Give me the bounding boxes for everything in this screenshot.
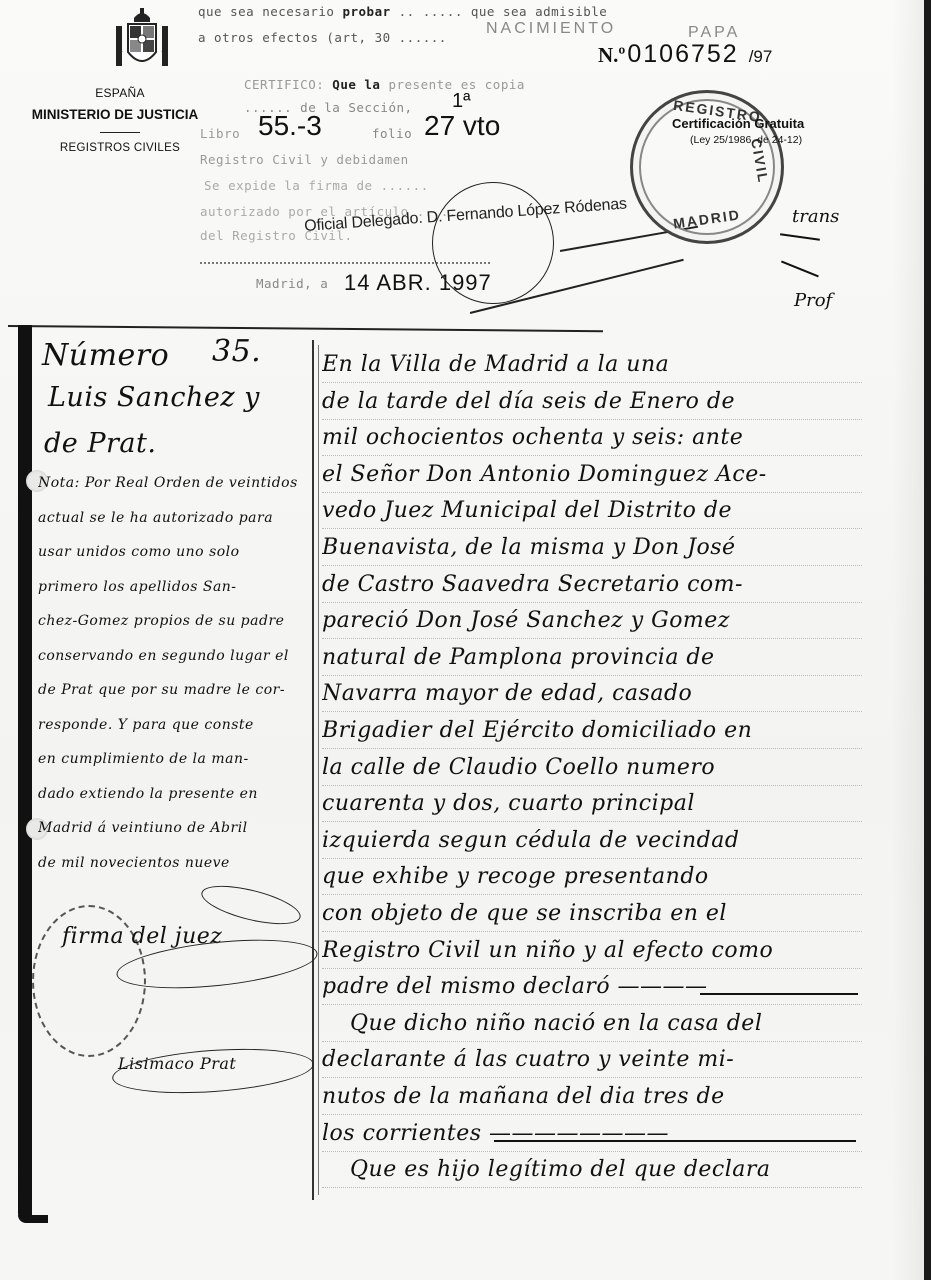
ruled-line <box>322 382 862 383</box>
typed-madrid-a: Madrid, a <box>256 276 328 291</box>
body-text-line: Buenavista, de la misma y Don José <box>322 535 882 560</box>
body-text-line: vedo Juez Municipal del Distrito de <box>322 498 882 523</box>
handwritten-note-nacimiento: NACIMIENTO <box>486 20 616 38</box>
body-text-line: nutos de la mañana del dia tres de <box>322 1084 882 1109</box>
body-text-line: Brigadier del Ejército domiciliado en <box>322 718 882 743</box>
free-certification-label: Certificación Gratuita (Ley 25/1986, de … <box>672 116 804 146</box>
body-text-line: pareció Don José Sanchez y Gomez <box>322 608 882 633</box>
typed-registro: Registro Civil y debidamen <box>200 152 409 167</box>
department-name: REGISTROS CIVILES <box>40 142 200 154</box>
margin-note-line: actual se le ha autorizado para <box>38 510 308 526</box>
registry-civil-madrid-stamp: REGISTRO CIVIL MADRID <box>630 90 784 244</box>
typed-firma: Se expide la firma de ...... <box>204 178 429 193</box>
ruled-line <box>322 602 862 603</box>
margin-note-line: primero los apellidos San- <box>38 579 308 595</box>
margin-note-line: dado extiendo la presente en <box>38 786 308 802</box>
book-binding-corner <box>18 1215 48 1223</box>
ruled-line <box>322 748 862 749</box>
book-binding-edge <box>18 325 32 1223</box>
margin-note-line: en cumplimiento de la man- <box>38 751 308 767</box>
ruled-line <box>322 931 862 932</box>
body-text-line: con objeto de que se inscriba en el <box>322 901 882 926</box>
body-text-line: mil ochocientos ochenta y seis: ante <box>322 425 882 450</box>
margin-note-line: usar unidos como uno solo <box>38 544 308 560</box>
ruled-line <box>322 565 862 566</box>
fill-line <box>700 993 858 995</box>
ruled-line <box>322 1114 862 1115</box>
body-text-line: Registro Civil un niño y al efecto como <box>322 938 882 963</box>
ruled-line <box>322 968 862 969</box>
body-text-line: declarante á las cuatro y veinte mi- <box>322 1047 882 1072</box>
margin-note-line: de mil novecientos nueve <box>38 855 308 871</box>
ruled-line <box>322 455 862 456</box>
page-edge-shadow <box>892 0 924 1280</box>
ruled-line <box>322 1151 862 1152</box>
ruled-line <box>322 492 862 493</box>
margin-note-line: responde. Y para que conste <box>38 717 308 733</box>
entry-name-line-2: de Prat. <box>44 428 156 459</box>
certificate-number: N.º0106752/97 <box>598 40 772 69</box>
country-label: ESPAÑA <box>40 86 200 100</box>
body-text-line: Que dicho niño nació en la casa del <box>350 1011 910 1036</box>
ruled-line <box>322 894 862 895</box>
ruled-line <box>322 711 862 712</box>
ministry-header: ESPAÑA MINISTERIO DE JUSTICIA REGISTROS … <box>40 86 200 154</box>
body-text-line: Que es hijo legítimo del que declara <box>350 1157 910 1182</box>
body-text-line: Navarra mayor de edad, casado <box>322 681 882 706</box>
entry-number-value: 35. <box>212 334 261 369</box>
body-text-line: que exhibe y recoge presentando <box>322 864 882 889</box>
right-margin-fragment: trans <box>792 206 839 227</box>
typed-line-2: a otros efectos (art, 30 ...... <box>198 30 447 45</box>
margin-note-line: Madrid á veintiuno de Abril <box>38 820 308 836</box>
ruled-line <box>322 419 862 420</box>
margin-note-line: chez-Gomez propios de su padre <box>38 613 308 629</box>
ruled-line <box>322 1077 862 1078</box>
margin-note-line: de Prat que por su madre le cor- <box>38 682 308 698</box>
ministry-name: MINISTERIO DE JUSTICIA <box>30 107 200 122</box>
right-margin-fragment: Prof <box>794 290 832 311</box>
typed-folio: folio <box>372 126 412 141</box>
typed-libro: Libro <box>200 126 240 141</box>
entry-number-label: Número <box>42 338 169 373</box>
column-divider <box>312 340 314 1200</box>
body-text-line: el Señor Don Antonio Dominguez Ace- <box>322 462 882 487</box>
ruled-line <box>322 1187 862 1188</box>
body-text-line: padre del mismo declaró ———— <box>322 974 882 999</box>
column-divider-thin <box>318 345 319 1195</box>
margin-note-line: conservando en segundo lugar el <box>38 648 308 664</box>
ruled-line <box>322 858 862 859</box>
fill-line <box>494 1140 856 1142</box>
body-text-line: En la Villa de Madrid a la una <box>322 352 882 377</box>
body-text-line: cuarenta y dos, cuarto principal <box>322 791 882 816</box>
ruled-line <box>322 1041 862 1042</box>
typed-line-1: que sea necesario probar .. ..... que se… <box>198 4 607 19</box>
body-text-line: izquierda segun cédula de vecindad <box>322 828 882 853</box>
body-text-line: natural de Pamplona provincia de <box>322 645 882 670</box>
scanner-edge <box>924 0 931 1280</box>
entry-name-line-1: Luis Sanchez y <box>48 382 260 413</box>
ruled-line <box>322 528 862 529</box>
handwritten-libro: 55.-3 <box>258 110 322 142</box>
body-text-line: de Castro Saavedra Secretario com- <box>322 572 882 597</box>
handwritten-folio: 27 vto <box>424 110 500 142</box>
body-text-line: de la tarde del día seis de Enero de <box>322 389 882 414</box>
officer-signature-loop <box>432 182 554 304</box>
ruled-line <box>322 785 862 786</box>
body-text-line: la calle de Claudio Coello numero <box>322 755 882 780</box>
typed-certifico: CERTIFICO: Que la presente es copia <box>244 77 525 92</box>
ruled-line <box>322 1004 862 1005</box>
header-divider <box>100 132 140 133</box>
ruled-line <box>322 638 862 639</box>
ruled-line <box>322 675 862 676</box>
margin-note-line: Nota: Por Real Orden de veintidos <box>38 475 308 491</box>
ruled-line <box>322 821 862 822</box>
coat-of-arms-icon <box>112 8 172 78</box>
